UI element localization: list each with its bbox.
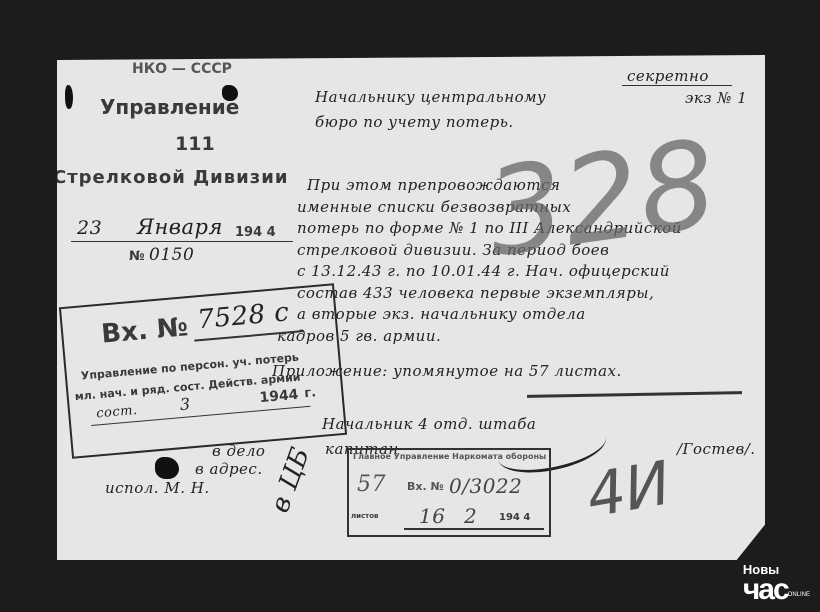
site-logo: Новы часONLINE xyxy=(743,562,810,604)
pencil-corner-mark: 4И xyxy=(582,448,676,531)
letterhead-dept: Управление xyxy=(100,95,239,119)
stamp-second-number: 0/3022 xyxy=(449,474,522,498)
punch-hole xyxy=(155,457,179,479)
stamp-second-label: Вх. № xyxy=(407,480,444,493)
archival-document: НКО — СССР Управление 111 Стрелковой Див… xyxy=(57,55,765,560)
copy-number: экз № 1 xyxy=(685,89,747,107)
punch-hole xyxy=(222,85,238,101)
stamp-second-left-label: листов xyxy=(351,512,378,520)
signature-name: /Гостев/. xyxy=(677,440,756,458)
punch-hole xyxy=(65,85,73,109)
stamp-second-date-day: 16 xyxy=(419,504,445,528)
stamp-incoming-sost: сост. xyxy=(96,403,139,422)
stamp-second-header: Главное Управление Наркомата обороны xyxy=(353,452,546,461)
stamp-second-left-number: 57 xyxy=(357,472,386,497)
note-to-file: в дело xyxy=(212,442,265,460)
addressee-line2: бюро по учету потерь. xyxy=(315,113,514,131)
letterhead-unit-name: Стрелковой Дивизии xyxy=(57,167,288,188)
stamp-second-year: 194 4 xyxy=(499,512,530,523)
letter-number-prefix: № xyxy=(129,249,145,264)
letter-date-month: Января xyxy=(137,215,223,239)
registration-stamp: Главное Управление Наркомата обороны 57 … xyxy=(347,448,551,537)
addressee-line1: Начальнику центральному xyxy=(315,88,546,106)
stamp-incoming-number: 7528 с xyxy=(196,297,290,335)
pencil-big-number: 328 xyxy=(478,115,724,285)
letter-date-day: 23 xyxy=(77,217,102,239)
letter-date-year: 194 4 xyxy=(235,225,276,240)
stamp-incoming-year-suffix: г. xyxy=(304,385,317,401)
incoming-stamp: Вх. № 7528 с Управление по персон. уч. п… xyxy=(59,283,347,458)
note-address: в адрес. xyxy=(195,460,263,478)
stamp-incoming-label: Вх. № xyxy=(100,312,189,349)
letterhead-org: НКО — СССР xyxy=(132,61,232,77)
classification-label: секретно xyxy=(627,67,709,85)
letter-number: 0150 xyxy=(149,245,194,265)
signature-title: Начальник 4 отд. штаба xyxy=(322,415,536,433)
diagonal-note: в ЦБ xyxy=(265,443,316,516)
stamp-second-date-month: 2 xyxy=(464,504,477,528)
note-executor: испол. М. Н. xyxy=(105,479,210,497)
stamp-incoming-year: 1944 xyxy=(259,387,299,406)
stamp-incoming-day: 3 xyxy=(179,394,191,414)
letterhead-unit-number: 111 xyxy=(175,133,215,155)
